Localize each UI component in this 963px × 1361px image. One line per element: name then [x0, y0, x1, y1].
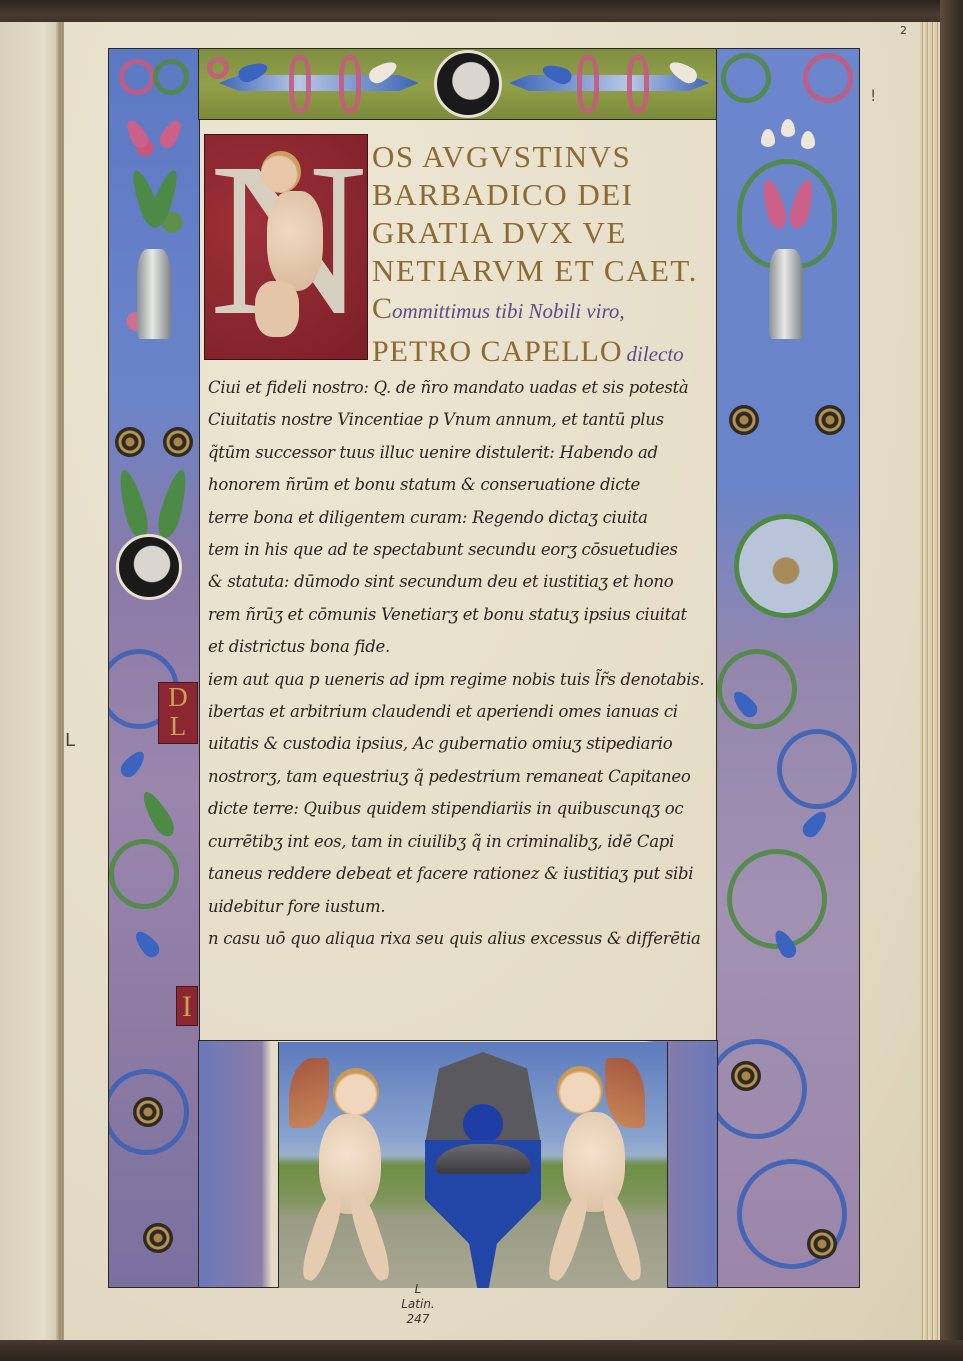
coat-of-arms-shield: [421, 1052, 545, 1288]
scroll-ornament: [109, 839, 179, 909]
shelfmark-line: Latin.: [388, 1297, 448, 1312]
address-line: Committimus tibi Nobili viro,: [372, 290, 712, 333]
binding-right-edge: [940, 0, 963, 1361]
binding-top-edge: [0, 0, 963, 24]
left-illuminated-border: [108, 48, 200, 1288]
flower-ornament: [801, 131, 815, 149]
coat-of-arms-miniature: [278, 1042, 668, 1288]
text-line: et districtus bona fide.: [208, 631, 716, 663]
address-initial: C: [372, 292, 392, 325]
text-line: taneus reddere debeat et facere rationez…: [208, 858, 716, 890]
shield-roundel: [463, 1104, 503, 1144]
flower-ornament: [117, 747, 149, 780]
text-line: tem in his que ad te spectabunt secundu …: [208, 534, 716, 566]
side-initial-i: I: [176, 986, 198, 1026]
side-initial-dl: D L: [158, 682, 198, 744]
side-initial-d: D: [159, 683, 197, 712]
cherub-head: [557, 1066, 603, 1114]
flower-ornament: [781, 119, 795, 137]
flower-ornament: [131, 927, 163, 960]
scroll-ornament: [803, 53, 853, 103]
text-line: ibertas et arbitrium claudendi et aperie…: [208, 696, 716, 728]
text-line: Ciuitatis nostre Vincentiae p Vnum annum…: [208, 404, 716, 436]
boss-ornament: [815, 405, 845, 435]
falcon-medallion: [734, 514, 838, 618]
scroll-ornament: [777, 729, 857, 809]
vase-ornament: [137, 249, 171, 339]
body-text: Ciui et fideli nostro: Q. de ñro mandat…: [208, 372, 716, 955]
cherub-head: [333, 1068, 379, 1116]
leaf-ornament: [114, 468, 151, 541]
vase-ornament: [769, 249, 803, 339]
scroll-ornament: [627, 55, 649, 113]
leaf-ornament: [154, 468, 191, 541]
text-line: terre bona et diligentem curam: Regendo …: [208, 502, 716, 534]
boss-ornament: [115, 427, 145, 457]
boss-ornament: [807, 1229, 837, 1259]
text-line: dicte terre: Quibus quidem stipendiariis…: [208, 793, 716, 825]
binding-bottom-edge: [0, 1340, 963, 1361]
scroll-ornament: [721, 53, 771, 103]
scroll-ornament: [339, 55, 361, 113]
folio-number: 2: [900, 24, 907, 37]
gutter: [56, 22, 64, 1340]
name-line: PETRO CAPELLO dilecto: [372, 333, 712, 376]
scroll-ornament: [289, 55, 311, 113]
scroll-ornament: [577, 55, 599, 113]
recipient-epithet: dilecto: [627, 342, 684, 366]
scroll-ornament: [119, 59, 155, 95]
shelfmark-line: L: [388, 1282, 448, 1297]
text-line: currētibʒ int eos, tam in ciuilibʒ q̃ in…: [208, 826, 716, 858]
boss-ornament: [729, 405, 759, 435]
cherub-leg: [544, 1191, 593, 1283]
text-line: q̃tūm successor tuus illuc uenire distul…: [208, 437, 716, 469]
boss-ornament: [143, 1223, 173, 1253]
gutter-mark: L: [65, 730, 75, 751]
wing: [289, 1058, 329, 1128]
leaf-ornament: [123, 117, 152, 151]
right-cherub: [541, 1052, 651, 1282]
heading-line: GRATIA DVX VE: [372, 214, 712, 252]
heading-line: OS AVGVSTINVS: [372, 138, 712, 176]
scroll-ornament: [153, 59, 189, 95]
facing-page: [0, 22, 62, 1340]
text-block: OS AVGVSTINVS BARBADICO DEI GRATIA DVX V…: [200, 120, 716, 1040]
heading-line: NETIARVM ET CAET.: [372, 252, 712, 290]
boss-ornament: [163, 427, 193, 457]
flower-ornament: [799, 807, 831, 840]
scroll-ornament: [717, 649, 797, 729]
satyr-medallion: [116, 534, 182, 600]
cherub-leg: [598, 1191, 647, 1283]
shelfmark-line: 247: [388, 1312, 448, 1327]
address-text: ommittimus tibi Nobili viro,: [392, 299, 625, 323]
cherub-leg: [298, 1191, 347, 1283]
left-cherub: [289, 1052, 399, 1282]
heading-lines: OS AVGVSTINVS BARBADICO DEI GRATIA DVX V…: [372, 138, 712, 376]
flower-ornament: [761, 129, 775, 147]
shelfmark: L Latin. 247: [388, 1282, 448, 1327]
text-line: iem aut qua p ueneris ad ipm regime nobi…: [208, 664, 716, 696]
text-line: uitatis & custodia ipsius, Ac gubernatio…: [208, 728, 716, 760]
text-line: Ciui et fideli nostro: Q. de ñro mandat…: [208, 372, 716, 404]
boss-ornament: [133, 1097, 163, 1127]
text-line: uidebitur fore iustum.: [208, 891, 716, 923]
text-line: n casu uō quo aliqua rixa seu quis alius…: [208, 923, 716, 955]
boss-ornament: [731, 1061, 761, 1091]
side-initial-l: L: [159, 712, 197, 741]
text-line: & statuta: dūmodo sint secundum deu et i…: [208, 566, 716, 598]
page-edges: [920, 22, 940, 1340]
leaf-ornament: [157, 117, 186, 151]
scroll-ornament: [716, 1039, 807, 1139]
scroll-ornament: [207, 57, 229, 79]
margin-mark: !: [870, 86, 876, 105]
helmeted-portrait-medallion: [434, 50, 502, 118]
text-line: honorem ñrūm et bonu statum & conseruat…: [208, 469, 716, 501]
recipient-name: PETRO CAPELLO: [372, 335, 623, 368]
heading-line: BARBADICO DEI: [372, 176, 712, 214]
text-line: rem ñrūʒ et cōmunis Venetiarʒ et bonu s…: [208, 599, 716, 631]
right-illuminated-border: [716, 48, 860, 1288]
leaf-ornament: [138, 788, 179, 840]
text-line: nostrorʒ, tam equestriuʒ q̃ pedestrium r…: [208, 761, 716, 793]
